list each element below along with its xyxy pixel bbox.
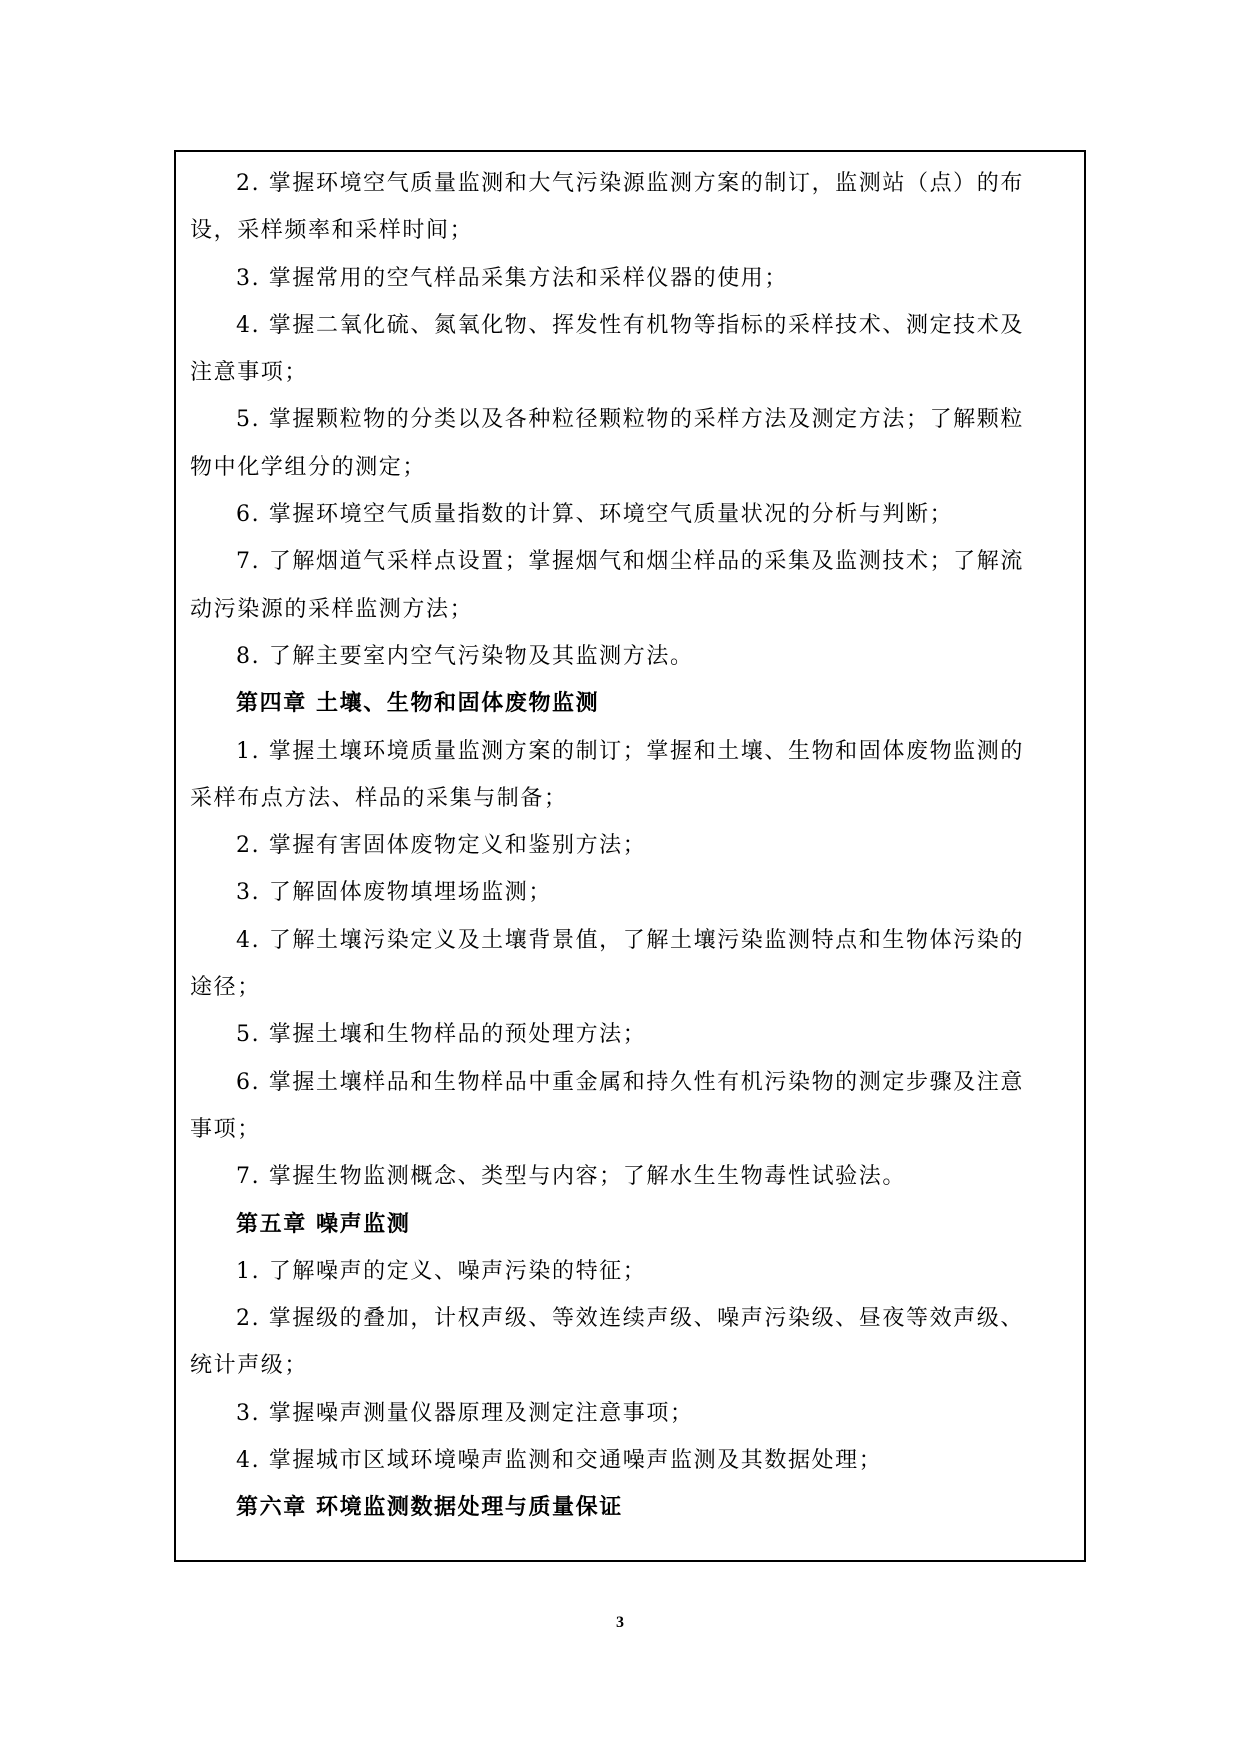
text-line: 1. 掌握土壤环境质量监测方案的制订；掌握和土壤、生物和固体废物监测的 [190, 728, 1068, 775]
text-line: 2. 掌握有害固体废物定义和鉴别方法； [190, 822, 1068, 869]
chapter-heading: 第六章 环境监测数据处理与质量保证 [190, 1484, 1068, 1531]
text-line: 2. 掌握环境空气质量监测和大气污染源监测方案的制订，监测站（点）的布 [190, 160, 1068, 207]
text-line: 1. 了解噪声的定义、噪声污染的特征； [190, 1248, 1068, 1295]
text-line: 4. 了解土壤污染定义及土壤背景值，了解土壤污染监测特点和生物体污染的 [190, 917, 1068, 964]
text-line: 统计声级； [190, 1342, 1068, 1389]
text-line: 设，采样频率和采样时间； [190, 207, 1068, 254]
text-line: 5. 掌握土壤和生物样品的预处理方法； [190, 1011, 1068, 1058]
text-line: 7. 了解烟道气采样点设置；掌握烟气和烟尘样品的采集及监测技术；了解流 [190, 538, 1068, 585]
chapter-heading: 第四章 土壤、生物和固体废物监测 [190, 680, 1068, 727]
text-line: 3. 掌握常用的空气样品采集方法和采样仪器的使用； [190, 255, 1068, 302]
text-line: 6. 掌握环境空气质量指数的计算、环境空气质量状况的分析与判断； [190, 491, 1068, 538]
page-number: 3 [0, 1614, 1240, 1632]
text-line: 动污染源的采样监测方法； [190, 586, 1068, 633]
text-line: 途径； [190, 964, 1068, 1011]
content-table-cell: 2. 掌握环境空气质量监测和大气污染源监测方案的制订，监测站（点）的布 设，采样… [174, 150, 1086, 1562]
text-line: 4. 掌握城市区域环境噪声监测和交通噪声监测及其数据处理； [190, 1437, 1068, 1484]
syllabus-text: 2. 掌握环境空气质量监测和大气污染源监测方案的制订，监测站（点）的布 设，采样… [190, 160, 1068, 1532]
text-line: 7. 掌握生物监测概念、类型与内容；了解水生生物毒性试验法。 [190, 1153, 1068, 1200]
text-line: 3. 了解固体废物填埋场监测； [190, 869, 1068, 916]
chapter-heading: 第五章 噪声监测 [190, 1201, 1068, 1248]
text-line: 2. 掌握级的叠加，计权声级、等效连续声级、噪声污染级、昼夜等效声级、 [190, 1295, 1068, 1342]
text-line: 3. 掌握噪声测量仪器原理及测定注意事项； [190, 1390, 1068, 1437]
text-line: 4. 掌握二氧化硫、氮氧化物、挥发性有机物等指标的采样技术、测定技术及 [190, 302, 1068, 349]
text-line: 采样布点方法、样品的采集与制备； [190, 775, 1068, 822]
text-line: 事项； [190, 1106, 1068, 1153]
text-line: 注意事项； [190, 349, 1068, 396]
text-line: 6. 掌握土壤样品和生物样品中重金属和持久性有机污染物的测定步骤及注意 [190, 1059, 1068, 1106]
text-line: 8. 了解主要室内空气污染物及其监测方法。 [190, 633, 1068, 680]
text-line: 物中化学组分的测定； [190, 444, 1068, 491]
text-line: 5. 掌握颗粒物的分类以及各种粒径颗粒物的采样方法及测定方法；了解颗粒 [190, 396, 1068, 443]
